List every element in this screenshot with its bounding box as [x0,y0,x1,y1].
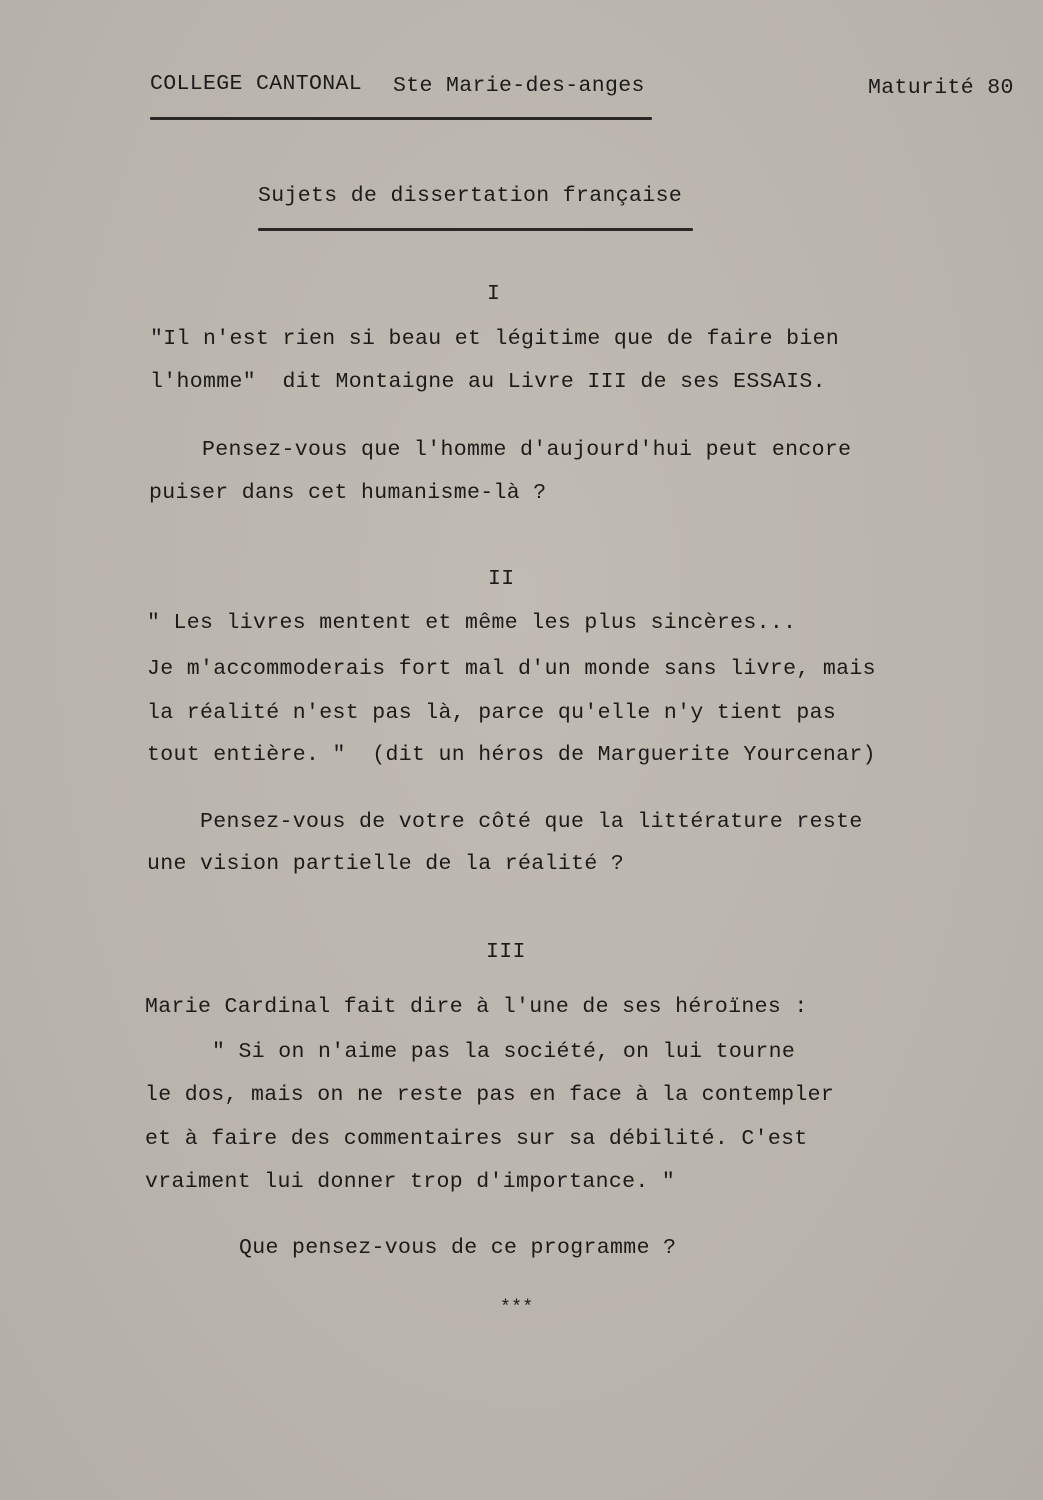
section-3-line: le dos, mais on ne reste pas en face à l… [145,1083,834,1107]
section-2-question: Pensez-vous de votre côté que la littéra… [200,810,863,834]
title-underline [258,228,693,231]
header-exam: Maturité 80 [868,76,1014,100]
section-2-line: la réalité n'est pas là, parce qu'elle n… [147,701,836,725]
section-3-line: et à faire des commentaires sur sa débil… [145,1127,808,1151]
section-1-line: "Il n'est rien si beau et légitime que d… [150,327,839,351]
section-2-line: Je m'accommoderais fort mal d'un monde s… [147,657,876,681]
section-3-line: Marie Cardinal fait dire à l'une de ses … [145,995,808,1019]
header-school: COLLEGE CANTONAL [150,72,362,96]
section-numeral-2: II [488,567,515,591]
section-2-question: une vision partielle de la réalité ? [147,852,624,876]
section-2-line: " Les livres mentent et même les plus si… [147,611,796,635]
section-1-question: puiser dans cet humanisme-là ? [149,481,547,505]
section-numeral-1: I [487,282,500,306]
section-1-question: Pensez-vous que l'homme d'aujourd'hui pe… [202,438,851,462]
page-title: Sujets de dissertation française [258,184,682,208]
section-3-line: " Si on n'aime pas la société, on lui to… [212,1040,795,1064]
section-3-question: Que pensez-vous de ce programme ? [239,1236,676,1260]
section-1-line: l'homme" dit Montaigne au Livre III de s… [150,370,826,394]
section-2-line: tout entière. " (dit un héros de Marguer… [147,743,876,767]
document-page: COLLEGE CANTONAL Ste Marie-des-anges Mat… [0,0,1043,1500]
section-3-line: vraiment lui donner trop d'importance. " [145,1170,675,1194]
header-location: Ste Marie-des-anges [393,74,645,98]
header-underline [150,117,652,120]
section-numeral-3: III [486,940,526,964]
end-mark: *** [500,1298,533,1318]
